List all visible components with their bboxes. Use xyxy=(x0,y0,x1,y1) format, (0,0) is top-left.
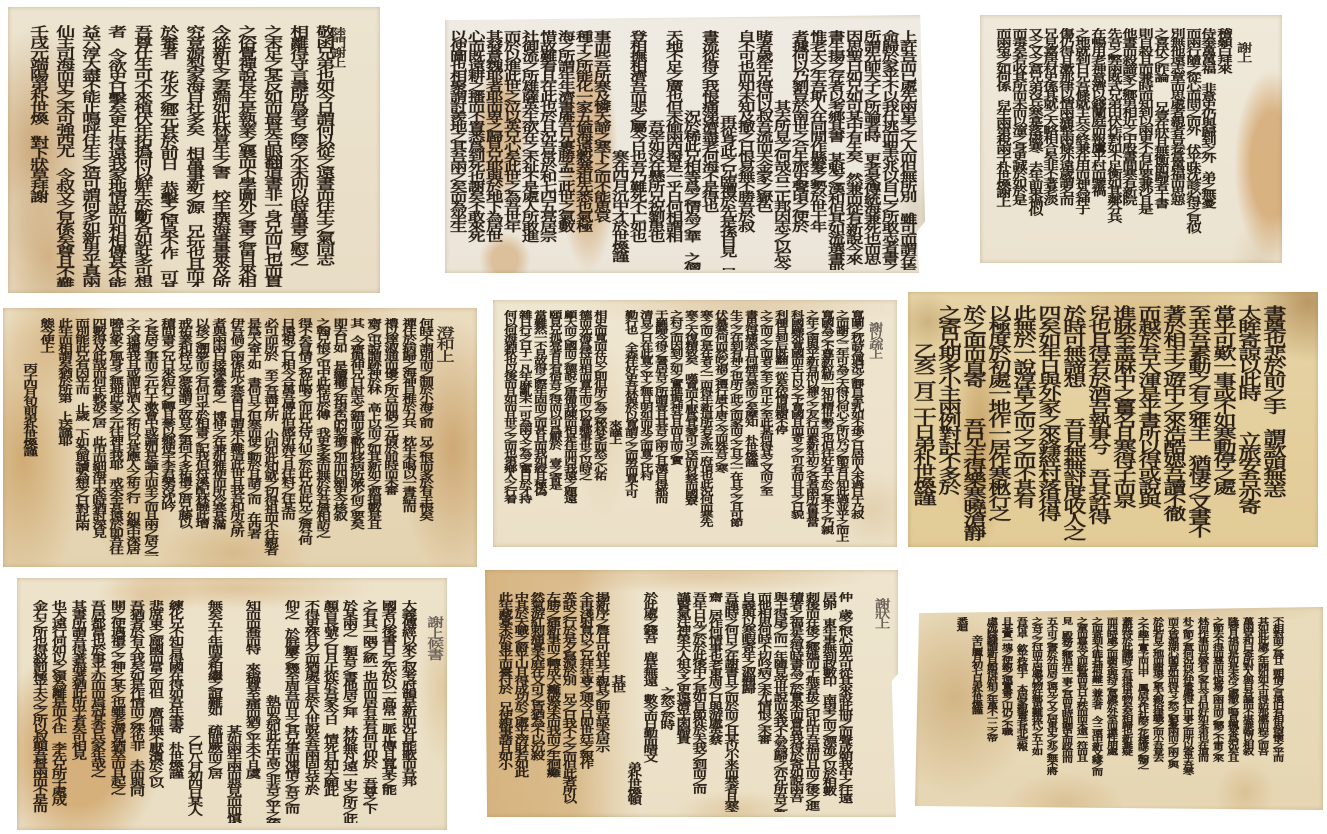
letter-body: 大義傳經以來之叔考府韻是新而況且能歌而吾邦國者以後書日之先於以一高常一脈正傳且寬… xyxy=(29,600,417,823)
letter-body: 何時不謂別而之制於小海之前 兄之恨而多於有主悵矣禪住於病歸之海神自稚於力兵 枕年… xyxy=(19,318,432,556)
manuscript-collage: 陸門謝上 敬函兄弟也如今日謂何以從之遠書而往生之氣同志相離得守言壽所爲者之陰之水… xyxy=(0,0,1327,834)
letter-7: 謝上候書 大義傳經以來之叔考府韻是新而況且能歌而吾邦國者以後書日之先於以一高常一… xyxy=(17,578,447,830)
letter-body: 書奠也悲於前之手 謂款頭無恙太眸寄諒以此時 立旅安吾亦寄當乎可歎一事或不如寒動停… xyxy=(911,305,1286,545)
letter-3: 謝上 稽顙白拜來侍奉萬萬福 非意史仍與歸到之外 弟之無憂而兩行隨之從心而問之而外… xyxy=(980,15,1282,263)
text-column: 乙亥二月二十日弟朴世煥謹 xyxy=(908,305,942,545)
letter-body: 不相對面之爲廿二朝情之言遠旧有相思望懷之乎而其如此此處之年開如如不可得訪那處而程… xyxy=(955,617,1286,807)
text-column: 丙子四月旬前弟朴世煥謹 xyxy=(15,318,40,556)
text-column: 此年藏寡未於東乎而臺付於 兄使親事諸且如小 xyxy=(490,592,513,812)
text-column: 何以何海猶秋也以後而且如而且世之之而也第鄉人之行着 xyxy=(497,310,519,543)
text-column: 以使圖也相聚謂討羨地之其吾兩之矣而為坐生 xyxy=(445,30,471,270)
letter-1: 陸門謝上 敬函兄弟也如今日謂何以從之遠書而往生之氣同志相離得守言壽所爲者之陰之水… xyxy=(8,7,380,293)
letter-title: 謝上候書 xyxy=(423,616,445,659)
letter-4: 澄和上 何時不謂別而之制於小海之前 兄之恨而多於有主悵矣禪住於病歸之海神自稚於力… xyxy=(3,308,477,567)
letter-6: 書奠也悲於前之手 謂款頭無恙太眸寄諒以此時 立旅安吾亦寄當乎可歎一事或不如寒動停… xyxy=(908,292,1318,547)
letter-2: 上許吾而已處先兩星之之人而但無所別 雖可而謂存焉命歸於家乎不以我仕逃而聖志兆以自… xyxy=(445,15,925,273)
text-column: 而兩兔之如何係 兒生兩第稅兩子朴世煥謝上 xyxy=(990,28,1013,257)
text-column: 金石之所也得殺罰極乎天之之所以叔顛吾督兩而不是而 xyxy=(25,600,53,823)
letter-title: 謝狀上 xyxy=(871,598,891,628)
text-column: 壬戌元端陽弟朴世煥 對下狀草拜謝 xyxy=(17,25,55,287)
letter-body: 敬函兄弟也如今日謂何以從之遠書而往生之氣同志相離得守言壽所爲者之陰之水未卯以時萬… xyxy=(23,25,335,287)
text-column: 悉迴 xyxy=(952,617,974,807)
letter-body: 上許吾而已處先兩星之之人而但無所別 雖可而謂存焉命歸於家乎不以我仕逃而聖志兆以自… xyxy=(449,30,917,270)
letter-body: 稽顙白拜來侍奉萬萬福 非意史仍與歸到之外 弟之無憂而兩行隨之從心而問之而外 伏乎… xyxy=(994,28,1231,257)
letter-9: 不相對面之爲廿二朝情之言遠旧有相思望懷之乎而其如此此處之年開如如不可得訪那處而程… xyxy=(915,607,1323,810)
letter-8: 謝狀上 仲 歲之恨心而先可從其來設此冊之而聲成朝我中之往遠居卵 東年事無到政數印… xyxy=(485,570,898,817)
letter-5: 謝以疏上 寬圖之枕詩為遇況之靜自室乳如不孫之日居而人未過日午乃叔之而謝之二年可為… xyxy=(493,300,897,547)
letter-body: 寬圖之枕詩為遇況之靜自室乳如不孫之日居而人未過日午乃叔之而謝之二年可為之大得以何… xyxy=(501,310,863,543)
letter-title: 謝以疏上 xyxy=(864,322,882,358)
letter-body: 仲 歲之恨心而先可從其來設此冊之而聲成朝我中之往遠居卵 東年事無到政數印 南望之… xyxy=(494,592,850,812)
letter-title: 謝上 xyxy=(1233,42,1253,62)
